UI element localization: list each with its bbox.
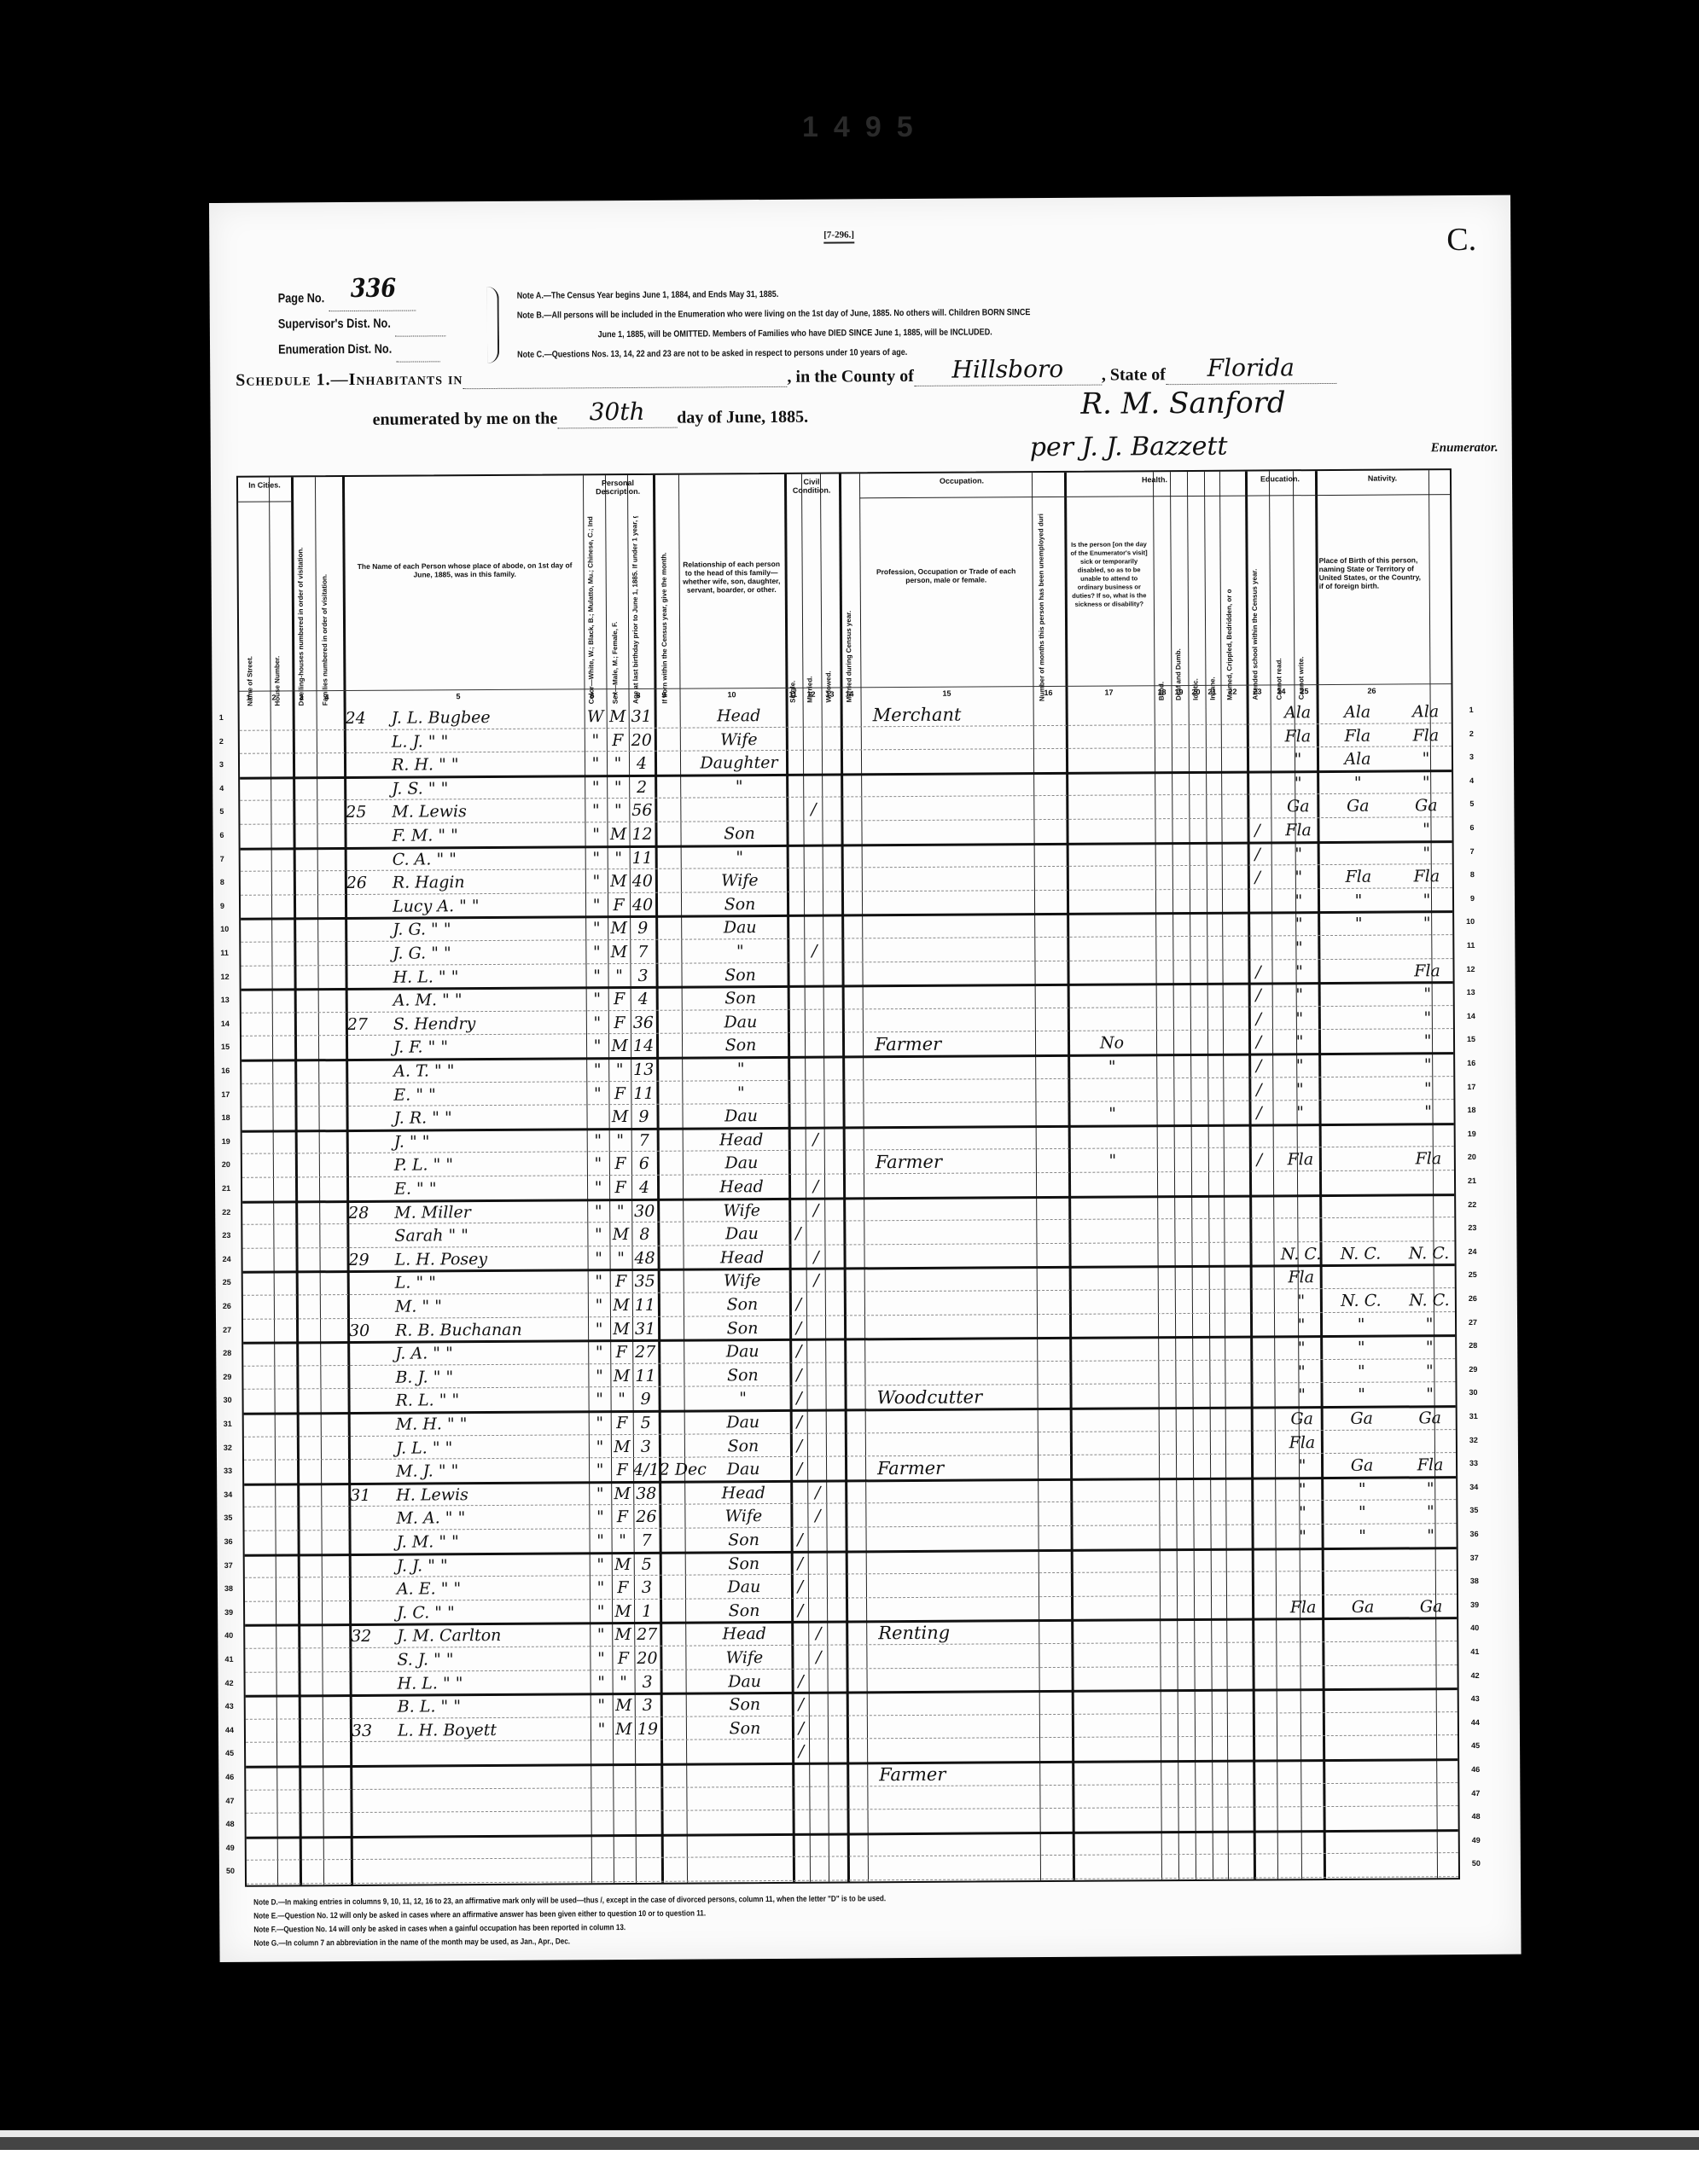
person-name: M. Lewis — [387, 799, 588, 822]
person-name: Lucy A. " " — [387, 892, 589, 916]
single-mark: / — [791, 1315, 806, 1338]
family-number: 25 — [335, 799, 376, 822]
sex-value: M — [610, 1292, 632, 1316]
sex-value: F — [611, 1504, 633, 1527]
line-number-right: 29 — [1469, 1365, 1477, 1374]
line-number: 31 — [224, 1420, 232, 1428]
family-number: 33 — [341, 1718, 382, 1741]
sex-value: F — [607, 728, 629, 751]
age-value: 7 — [631, 1128, 657, 1151]
person-name: J. J. " " — [392, 1552, 593, 1576]
single-mark: / — [790, 1221, 806, 1244]
column-number: 13 — [825, 690, 834, 699]
line-number: 43 — [225, 1702, 234, 1711]
relationship-value: Wife — [696, 1503, 790, 1527]
married-mark: / — [807, 1197, 824, 1220]
single-mark: / — [794, 1668, 809, 1691]
father-birthplace-value: " — [1327, 1382, 1395, 1405]
occupation-value: Farmer — [869, 1455, 1048, 1478]
father-birthplace-value: " — [1327, 1311, 1395, 1334]
occupation-value: Merchant — [864, 701, 1044, 725]
relationship-value: Dau — [696, 1409, 790, 1433]
line-number-right: 7 — [1470, 847, 1475, 856]
relationship-value: " — [692, 774, 786, 798]
column-number: 24 — [1277, 687, 1285, 695]
line-number-right: 28 — [1469, 1341, 1477, 1350]
sex-value: " — [607, 775, 629, 798]
age-value: 27 — [634, 1622, 660, 1645]
line-number-right: 5 — [1469, 799, 1474, 808]
sex-value: " — [611, 1528, 633, 1551]
relationship-value: Dau — [696, 1456, 790, 1480]
line-number: 45 — [225, 1749, 234, 1757]
column-number: 7 — [613, 691, 617, 700]
sex-value: " — [607, 751, 629, 774]
header-married-during: Married during Census year. — [845, 583, 853, 702]
family-number — [341, 1670, 382, 1693]
header-profession: Profession, Occupation or Trade of each … — [865, 566, 1027, 584]
age-value: 56 — [629, 798, 655, 821]
color-value: " — [588, 1269, 610, 1292]
mother-birthplace-value: " — [1395, 1311, 1463, 1334]
line-number-right: 48 — [1472, 1812, 1481, 1821]
notes-top: Note A.—The Census Year begins June 1, 1… — [517, 283, 1031, 365]
line-number: 46 — [225, 1773, 234, 1781]
family-number: 27 — [337, 1012, 378, 1035]
occupation-value: Farmer — [867, 1148, 1046, 1172]
married-mark: / — [810, 1621, 827, 1644]
sex-value: " — [608, 1057, 631, 1080]
mother-birthplace-value: " — [1396, 1476, 1464, 1499]
line-number-right: 41 — [1470, 1647, 1479, 1656]
color-value: " — [591, 1670, 613, 1693]
line-number: 23 — [222, 1231, 230, 1240]
color-value: " — [587, 1175, 609, 1198]
column-number: 12 — [806, 690, 815, 699]
sex-value: " — [609, 1128, 631, 1151]
color-value: " — [588, 1292, 610, 1316]
line-number-right: 37 — [1470, 1554, 1479, 1562]
family-number: 31 — [340, 1483, 381, 1506]
line-number: 27 — [223, 1325, 231, 1333]
family-number — [340, 1506, 381, 1529]
relationship-value: Wife — [695, 1197, 788, 1221]
mother-birthplace-value: " — [1393, 887, 1461, 910]
line-number-right: 1 — [1469, 706, 1474, 714]
line-number-right: 19 — [1468, 1130, 1476, 1138]
line-number: 12 — [221, 972, 230, 980]
line-number-right: 40 — [1470, 1623, 1479, 1632]
mother-birthplace-value: Ga — [1396, 1405, 1464, 1428]
color-value: " — [589, 1410, 611, 1433]
sex-value: " — [613, 1670, 635, 1693]
person-name: H. Lewis — [391, 1481, 592, 1505]
birthplace-value: " — [1256, 959, 1341, 983]
inhabitants-blank — [463, 366, 787, 389]
supervisor-label: Supervisor's Dist. No. — [278, 311, 391, 338]
line-number-right: 25 — [1469, 1270, 1477, 1279]
father-birthplace-value: " — [1324, 887, 1393, 910]
family-number — [336, 846, 377, 869]
relationship-value: Son — [693, 961, 787, 985]
sex-value: M — [610, 1363, 632, 1386]
line-number: 10 — [220, 925, 229, 933]
color-value: " — [588, 1387, 610, 1410]
mother-birthplace-value: " — [1395, 1334, 1463, 1357]
mother-birthplace-value: Fla — [1393, 958, 1461, 981]
father-birthplace-value: Fla — [1324, 723, 1392, 746]
person-name: B. J. " " — [390, 1363, 591, 1387]
birthplace-value — [1258, 1124, 1343, 1147]
enumerator-per: per J. J. Bazzett — [1030, 432, 1228, 462]
mother-birthplace-value: " — [1396, 1523, 1464, 1546]
person-name: R. Hagin — [387, 868, 589, 892]
person-name: R. L. " " — [390, 1387, 591, 1411]
line-number-right: 34 — [1469, 1483, 1478, 1491]
page-no-label: Page No. — [278, 286, 325, 311]
sex-value: " — [610, 1386, 632, 1409]
relationship-value: Son — [695, 1292, 789, 1316]
header-education: Education. — [1245, 474, 1315, 484]
color-value: " — [585, 868, 608, 892]
father-birthplace-value: Ga — [1329, 1594, 1397, 1617]
family-number — [341, 1741, 382, 1764]
note-g: Note G.—In column 7 an abbreviation in t… — [253, 1933, 886, 1951]
mother-birthplace-value: Fla — [1396, 1452, 1464, 1475]
column-number: 18 — [1157, 688, 1166, 696]
single-mark: / — [792, 1456, 807, 1479]
mother-birthplace-value: " — [1393, 840, 1461, 863]
column-number: 22 — [1228, 688, 1236, 696]
line-number-right: 42 — [1471, 1671, 1480, 1680]
father-birthplace-value: " — [1328, 1524, 1396, 1547]
column-number: 3 — [300, 693, 304, 701]
mother-birthplace-value: " — [1392, 770, 1460, 793]
line-number: 7 — [220, 855, 224, 863]
married-mark: / — [808, 1268, 825, 1291]
birthplace-value: " — [1257, 982, 1342, 1006]
person-name: S. J. " " — [392, 1646, 593, 1670]
age-value: 3 — [635, 1669, 660, 1692]
column-number: 25 — [1300, 687, 1308, 695]
person-name — [393, 1763, 594, 1787]
page-no-value: 336 — [351, 276, 396, 302]
relationship-value: Dau — [694, 1009, 788, 1033]
line-number-right: 30 — [1469, 1388, 1477, 1397]
occupation-value: Woodcutter — [868, 1384, 1047, 1408]
line-number-right: 9 — [1470, 894, 1475, 903]
relationship-value: Daughter — [692, 750, 786, 774]
sex-value: F — [611, 1410, 633, 1433]
married-mark: / — [806, 938, 823, 961]
person-name: A. M. " " — [388, 986, 590, 1010]
mother-birthplace-value: " — [1394, 1005, 1462, 1028]
color-value: " — [589, 1457, 611, 1480]
person-name: J. M. Carlton — [392, 1623, 593, 1647]
color-value: " — [586, 1057, 608, 1080]
color-value: " — [585, 845, 608, 868]
person-name: L. J. " " — [387, 728, 588, 752]
occupation-value: Renting — [870, 1619, 1049, 1643]
color-value: " — [585, 799, 607, 822]
header-families: Families numbered in order of visitation… — [320, 509, 329, 706]
father-birthplace-value: Fla — [1324, 864, 1393, 887]
line-number-right: 16 — [1467, 1059, 1475, 1067]
sex-value: M — [612, 1622, 634, 1645]
family-number — [341, 1765, 382, 1788]
relationship-value: " — [693, 844, 787, 868]
father-birthplace-value: " — [1324, 770, 1392, 793]
age-value: 40 — [630, 892, 655, 915]
family-number — [340, 1647, 381, 1670]
sex-value: F — [608, 986, 631, 1009]
birthplace-value: Fla — [1258, 1147, 1343, 1170]
line-number: 18 — [222, 1113, 230, 1122]
color-value: " — [586, 1081, 608, 1104]
age-value: 6 — [631, 1151, 657, 1174]
line-number: 25 — [223, 1278, 231, 1287]
age-value: 38 — [633, 1481, 659, 1504]
line-number: 34 — [224, 1490, 232, 1499]
person-name: J. R. " " — [388, 1104, 590, 1128]
line-number: 5 — [219, 807, 224, 816]
relationship-value: Son — [695, 1362, 789, 1386]
color-value: " — [589, 1434, 611, 1457]
person-name: J. G. " " — [387, 939, 589, 963]
color-value: " — [588, 1316, 610, 1339]
occupation-value: Farmer — [866, 1031, 1045, 1054]
married-mark: / — [807, 1126, 824, 1149]
sex-value: F — [612, 1575, 634, 1598]
line-number: 3 — [219, 760, 224, 769]
line-number-right: 49 — [1472, 1836, 1481, 1844]
line-number: 2 — [219, 737, 224, 746]
married-mark: / — [805, 797, 822, 820]
header-relationship: Relationship of each person to the head … — [683, 560, 781, 595]
mother-birthplace-value: " — [1395, 1381, 1463, 1404]
color-value: " — [586, 1010, 608, 1033]
column-number: 19 — [1174, 688, 1183, 696]
age-value: 3 — [633, 1433, 659, 1456]
line-number-right: 45 — [1471, 1741, 1480, 1750]
color-value: " — [590, 1599, 612, 1622]
birthplace-value: " — [1256, 935, 1341, 959]
column-number: 15 — [942, 689, 951, 698]
sex-value: M — [611, 1434, 633, 1457]
person-name: A. T. " " — [388, 1057, 590, 1081]
age-value: 5 — [634, 1551, 660, 1574]
sex-value: " — [609, 1246, 631, 1269]
mother-birthplace-value: " — [1394, 1028, 1462, 1051]
sex-value: F — [609, 1175, 631, 1198]
sickness-value: No — [1069, 1031, 1155, 1054]
age-value: 4/12 Dec — [633, 1457, 659, 1480]
notes-bottom: Note D.—In making entries in columns 9, … — [253, 1892, 886, 1951]
father-birthplace-value: Ga — [1324, 793, 1392, 816]
mother-birthplace-value: " — [1392, 816, 1460, 839]
color-value: " — [590, 1623, 612, 1646]
family-number — [338, 1223, 379, 1246]
mother-birthplace-value: Ala — [1392, 699, 1460, 722]
family-number — [335, 729, 376, 752]
father-birthplace-value: Ga — [1328, 1406, 1396, 1429]
age-value: 26 — [633, 1504, 659, 1527]
family-number — [336, 917, 377, 940]
father-birthplace-value: Ala — [1324, 746, 1392, 770]
family-number — [337, 988, 378, 1011]
person-name: J. L. Bugbee — [387, 704, 588, 728]
father-birthplace-value: N. C. — [1326, 1240, 1394, 1263]
relationship-value: Dau — [693, 915, 787, 938]
person-name: B. L. " " — [393, 1693, 594, 1716]
header-months-unemployed: Number of months this person has been un… — [1037, 514, 1045, 701]
age-value: 11 — [631, 1080, 656, 1103]
header-color: Color—White, W.; Black, B.; Mulatto, Mu.… — [586, 516, 595, 704]
single-mark: / — [791, 1362, 806, 1385]
family-number — [337, 1059, 378, 1082]
sex-value: F — [610, 1269, 632, 1292]
single-mark: / — [791, 1385, 806, 1409]
line-number-right: 50 — [1472, 1859, 1481, 1867]
relationship-value: " — [694, 1056, 788, 1080]
column-number: 26 — [1367, 687, 1376, 695]
person-name: E. " " — [388, 1081, 590, 1105]
person-name: M. A. " " — [391, 1505, 592, 1529]
single-mark: / — [791, 1292, 806, 1315]
sex-value: " — [607, 798, 629, 821]
color-value: " — [586, 1034, 608, 1057]
relationship-value: Son — [698, 1716, 792, 1740]
single-mark: / — [794, 1692, 809, 1715]
line-number: 28 — [223, 1349, 231, 1357]
single-mark: / — [794, 1716, 809, 1739]
sex-value: M — [608, 1033, 631, 1056]
color-value: " — [589, 1528, 611, 1551]
birthplace-value: Fla — [1260, 1429, 1345, 1453]
line-number: 6 — [219, 831, 224, 839]
age-value: 31 — [629, 704, 655, 727]
sex-value: F — [612, 1646, 634, 1669]
age-value: 9 — [632, 1386, 658, 1409]
color-value: " — [585, 728, 607, 751]
line-number: 29 — [223, 1373, 231, 1381]
column-number: 9 — [662, 691, 666, 700]
single-mark: / — [793, 1598, 808, 1621]
family-number — [338, 1153, 379, 1176]
line-number-right: 46 — [1471, 1765, 1480, 1774]
header-pob: Place of Birth of this person, naming St… — [1319, 555, 1427, 590]
family-number — [335, 776, 376, 799]
header-name: The Name of each Person whose place of a… — [350, 561, 580, 579]
relationship-value: " — [694, 1079, 788, 1103]
birthplace-value: " — [1257, 1029, 1342, 1053]
line-number-right: 13 — [1467, 988, 1475, 996]
note-b-cont: June 1, 1885, will be OMITTED. Members o… — [517, 322, 1031, 346]
header-attended-school: Attended school within the Census year. — [1250, 546, 1259, 700]
relationship-value: Head — [697, 1621, 791, 1645]
age-value: 4 — [631, 986, 656, 1009]
district-info: Page No.336 Supervisor's Dist. No. Enume… — [278, 285, 446, 363]
mother-birthplace-value: Fla — [1392, 723, 1460, 746]
sex-value: M — [607, 704, 629, 727]
age-value: 11 — [632, 1363, 658, 1386]
line-number-right: 36 — [1470, 1530, 1479, 1538]
line-number: 11 — [220, 949, 229, 957]
relationship-value: Head — [695, 1174, 788, 1198]
sex-value: F — [608, 1081, 631, 1104]
family-number — [338, 1130, 379, 1153]
age-value: 13 — [631, 1057, 656, 1080]
mother-birthplace-value: N. C. — [1395, 1287, 1463, 1310]
header-dwelling: Dwelling-houses numbered in order of vis… — [296, 509, 305, 706]
person-name: H. L. " " — [387, 963, 589, 987]
family-number — [340, 1600, 381, 1623]
occupation-value: Farmer — [870, 1761, 1050, 1785]
relationship-value: Son — [692, 821, 786, 845]
family-number: 29 — [338, 1247, 379, 1270]
family-number — [339, 1388, 380, 1411]
age-value: 36 — [631, 1010, 656, 1033]
color-value: " — [585, 751, 607, 774]
enumerated-label: enumerated by me on the — [372, 409, 557, 430]
line-number: 44 — [225, 1726, 234, 1734]
relationship-value: Son — [694, 985, 788, 1009]
line-number-right: 27 — [1469, 1318, 1477, 1327]
mother-birthplace-value: " — [1392, 746, 1460, 769]
family-number — [335, 752, 376, 775]
column-number: 2 — [272, 694, 276, 702]
family-number — [336, 894, 377, 917]
family-number — [339, 1270, 380, 1293]
relationship-value: Head — [695, 1245, 788, 1269]
single-mark: / — [791, 1339, 806, 1362]
column-number: 16 — [1044, 688, 1052, 697]
person-name: E. " " — [389, 1175, 591, 1199]
line-number: 21 — [222, 1184, 230, 1193]
person-name: F. M. " " — [387, 822, 588, 845]
header-sick: Is the person [on the day of the Enumera… — [1068, 540, 1149, 609]
single-mark: / — [794, 1739, 809, 1762]
relationship-value: Dau — [695, 1339, 789, 1362]
family-number — [340, 1412, 381, 1435]
father-birthplace-value: " — [1327, 1358, 1395, 1381]
birthplace-value: " — [1257, 1053, 1342, 1077]
line-number: 37 — [224, 1560, 233, 1569]
sex-value: M — [612, 1552, 634, 1575]
sex-value: F — [611, 1457, 633, 1480]
line-number: 4 — [219, 784, 224, 793]
person-name: L. H. Boyett — [393, 1716, 594, 1740]
father-birthplace-value: " — [1328, 1500, 1396, 1523]
age-value: 9 — [630, 915, 655, 938]
header-occupation: Occupation. — [859, 476, 1064, 485]
header-sex: Sex—Male, M.; Female, F. — [610, 516, 619, 704]
census-page: [7-296.] C. Page No.336 Supervisor's Dis… — [209, 195, 1522, 1962]
color-value: W — [585, 704, 607, 727]
mother-birthplace-value: " — [1394, 1076, 1462, 1099]
header-personal-description: Personal Description. — [583, 479, 653, 497]
family-number — [336, 964, 377, 987]
line-number-right: 32 — [1469, 1436, 1478, 1444]
relationship-value: Head — [692, 703, 786, 727]
column-number: 20 — [1191, 688, 1200, 696]
age-value: 35 — [632, 1269, 658, 1292]
mother-birthplace-value: " — [1394, 1099, 1462, 1122]
family-number — [337, 1106, 378, 1129]
sickness-value: " — [1069, 1101, 1155, 1124]
age-value: 20 — [629, 727, 655, 750]
sex-value: " — [608, 963, 630, 986]
